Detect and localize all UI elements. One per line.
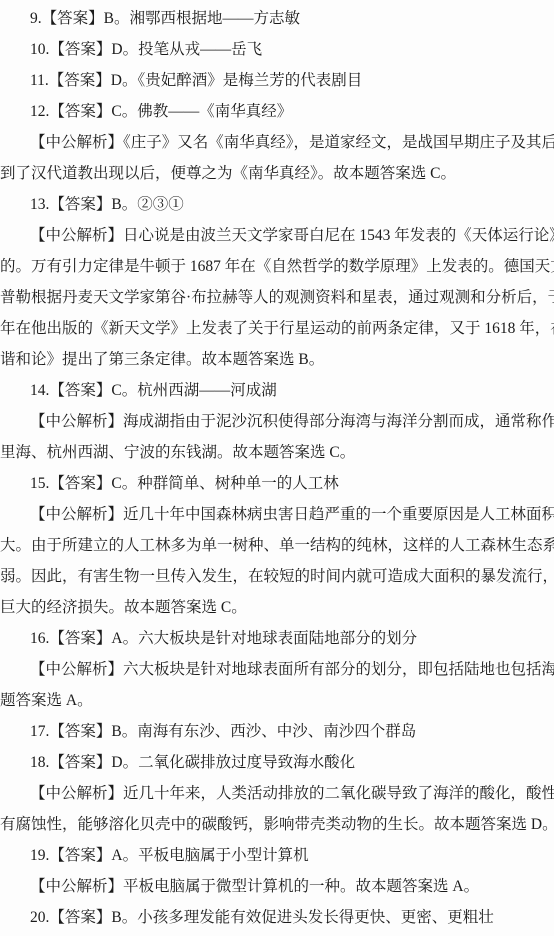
text-line: 的。万有引力定律是牛顿于 1687 年在《自然哲学的数学原理》上发表的。德国天文… [0,251,554,282]
text-line: 题答案选 A。 [0,685,554,716]
text-line: 年在他出版的《新天文学》上发表了关于行星运动的前两条定律，又于 1618 年，在… [0,313,554,344]
document-page: 9.【答案】B。湘鄂西根据地——方志敏10.【答案】D。投笔从戎——岳飞11.【… [0,0,554,936]
text-line: 到了汉代道教出现以后，便尊之为《南华真经》。故本题答案选 C。 [0,158,554,189]
text-line: 14.【答案】C。杭州西湖——河成湖 [0,375,554,406]
text-line: 有腐蚀性，能够溶化贝壳中的碳酸钙，影响带壳类动物的生长。故本题答案选 D。 [0,809,554,840]
text-line: 普勒根据丹麦天文学家第谷·布拉赫等人的观测资料和星表，通过观测和分析后，于 16… [0,282,554,313]
text-line: 18.【答案】D。二氧化碳排放过度导致海水酸化 [0,747,554,778]
text-line: 【中公解析】日心说是由波兰天文学家哥白尼在 1543 年发表的《天体运行论》中提… [0,220,554,251]
text-line: 17.【答案】B。南海有东沙、西沙、中沙、南沙四个群岛 [0,716,554,747]
text-line: 12.【答案】C。佛教——《南华真经》 [0,96,554,127]
text-line: 【中公解析】《庄子》又名《南华真经》，是道家经文，是战国早期庄子及其后学所著， [0,127,554,158]
text-line: 20.【答案】B。小孩多理发能有效促进头发长得更快、更密、更粗壮 [0,902,554,933]
text-line: 16.【答案】A。六大板块是针对地球表面陆地部分的划分 [0,623,554,654]
text-line: 10.【答案】D。投笔从戎——岳飞 [0,34,554,65]
text-line: 【中公解析】近几十年中国森林病虫害日趋严重的一个重要原因是人工林面积迅速扩 [0,499,554,530]
text-line: 巨大的经济损失。故本题答案选 C。 [0,592,554,623]
text-line: 9.【答案】B。湘鄂西根据地——方志敏 [0,3,554,34]
text-line: 【中公解析】六大板块是针对地球表面所有部分的划分，即包括陆地也包括海洋。故本 [0,654,554,685]
text-line: 谐和论》提出了第三条定律。故本题答案选 B。 [0,344,554,375]
text-line: 19.【答案】A。平板电脑属于小型计算机 [0,840,554,871]
text-line: 【中公解析】海成湖指由于泥沙沉积使得部分海湾与海洋分割而成，通常称作泻湖，如 [0,406,554,437]
text-line: 15.【答案】C。种群简单、树种单一的人工林 [0,468,554,499]
text-line: 【中公解析】近几十年来，人类活动排放的二氧化碳导致了海洋的酸化，酸性的海水带 [0,778,554,809]
text-line: 11.【答案】D。《贵妃醉酒》是梅兰芳的代表剧目 [0,65,554,96]
text-line: 大。由于所建立的人工林多为单一树种、单一结构的纯林，这样的人工森林生态系统非常脆 [0,530,554,561]
text-line: 弱。因此，有害生物一旦传入发生，在较短的时间内就可造成大面积的暴发流行，从而导致 [0,561,554,592]
text-line: 里海、杭州西湖、宁波的东钱湖。故本题答案选 C。 [0,437,554,468]
text-line: 【中公解析】平板电脑属于微型计算机的一种。故本题答案选 A。 [0,871,554,902]
text-line: 13.【答案】B。②③① [0,189,554,220]
